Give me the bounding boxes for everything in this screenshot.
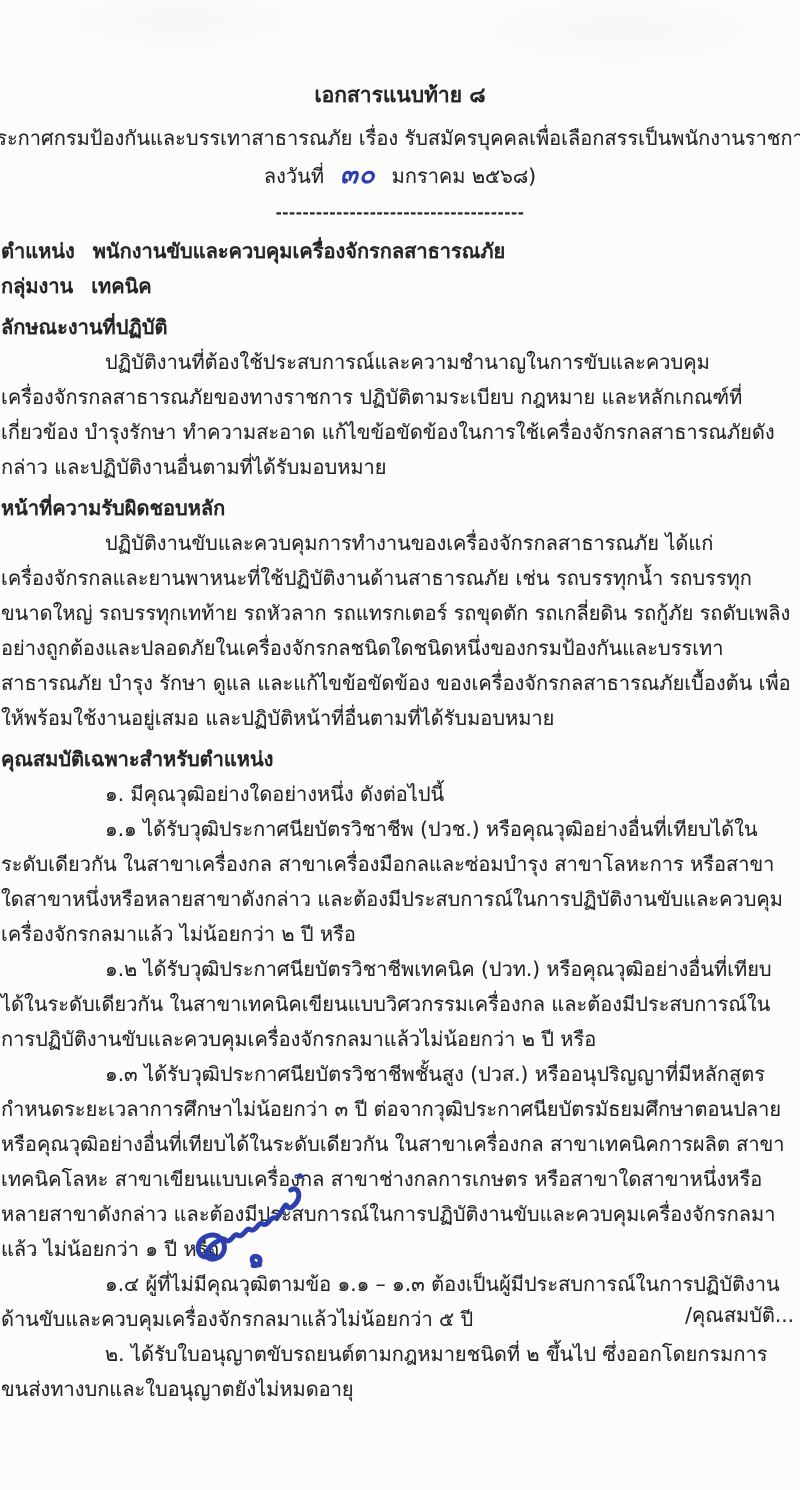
qualification-item-1-1: ๑.๑ ได้รับวุฒิประกาศนียบัตรวิชาชีพ (ปวช.… xyxy=(1,812,794,952)
page-title: เอกสารแนบท้าย ๘ xyxy=(0,78,800,113)
qualification-item-2: ๒. ได้รับใบอนุญาตขับรถยนต์ตามกฎหมายชนิดท… xyxy=(1,1337,794,1407)
handwritten-date: ๓๐ xyxy=(340,160,376,190)
date-line: ลงวันที่๓๐มกราคม ๒๕๖๘) xyxy=(0,158,800,194)
position-label: ตำแหน่ง xyxy=(1,239,75,263)
document-header: เอกสารแนบท้าย ๘ (ตามประกาศกรมป้องกันและบ… xyxy=(0,0,800,228)
duties-paragraph: ปฏิบัติงานที่ต้องใช้ประสบการณ์และความชำน… xyxy=(1,345,794,485)
group-label: กลุ่มงาน xyxy=(1,274,73,298)
group-value: เทคนิค xyxy=(91,274,151,298)
qualification-item-1: ๑. มีคุณวุฒิอย่างใดอย่างหนึ่ง ดังต่อไปนี… xyxy=(1,777,794,812)
position-value: พนักงานขับและควบคุมเครื่องจักรกลสาธารณภั… xyxy=(93,239,506,263)
document-page: เอกสารแนบท้าย ๘ (ตามประกาศกรมป้องกันและบ… xyxy=(0,0,800,1490)
group-line: กลุ่มงานเทคนิค xyxy=(1,269,794,304)
date-prefix: ลงวันที่ xyxy=(264,164,324,188)
responsibilities-paragraph: ปฏิบัติงานขับและควบคุมการทำงานของเครื่อง… xyxy=(1,526,794,736)
duties-heading: ลักษณะงานที่ปฏิบัติ xyxy=(1,310,794,345)
qualification-item-1-3: ๑.๓ ได้รับวุฒิประกาศนียบัตรวิชาชีพชั้นสู… xyxy=(1,1057,794,1267)
document-body: ตำแหน่งพนักงานขับและควบคุมเครื่องจักรกลส… xyxy=(0,228,800,1407)
signature-ink xyxy=(182,1155,333,1284)
date-suffix: มกราคม ๒๕๖๘) xyxy=(392,164,536,188)
responsibilities-heading: หน้าที่ความรับผิดชอบหลัก xyxy=(1,491,794,526)
qualifications-heading: คุณสมบัติเฉพาะสำหรับตำแหน่ง xyxy=(1,742,794,777)
qualification-item-1-4: ๑.๔ ผู้ที่ไม่มีคุณวุฒิตามข้อ ๑.๑ – ๑.๓ ต… xyxy=(1,1267,794,1337)
continuation-note: /คุณสมบัติ... xyxy=(685,1298,794,1333)
subtitle-row: (ตามประกาศกรมป้องกันและบรรเทาสาธารณภัย เ… xyxy=(0,121,800,156)
position-line: ตำแหน่งพนักงานขับและควบคุมเครื่องจักรกลส… xyxy=(1,234,794,269)
qualification-item-1-2: ๑.๒ ได้รับวุฒิประกาศนียบัตรวิชาชีพเทคนิค… xyxy=(1,952,794,1057)
dashed-separator: ------------------------------------- xyxy=(0,198,800,228)
subtitle-text: (ตามประกาศกรมป้องกันและบรรเทาสาธารณภัย เ… xyxy=(0,121,800,156)
